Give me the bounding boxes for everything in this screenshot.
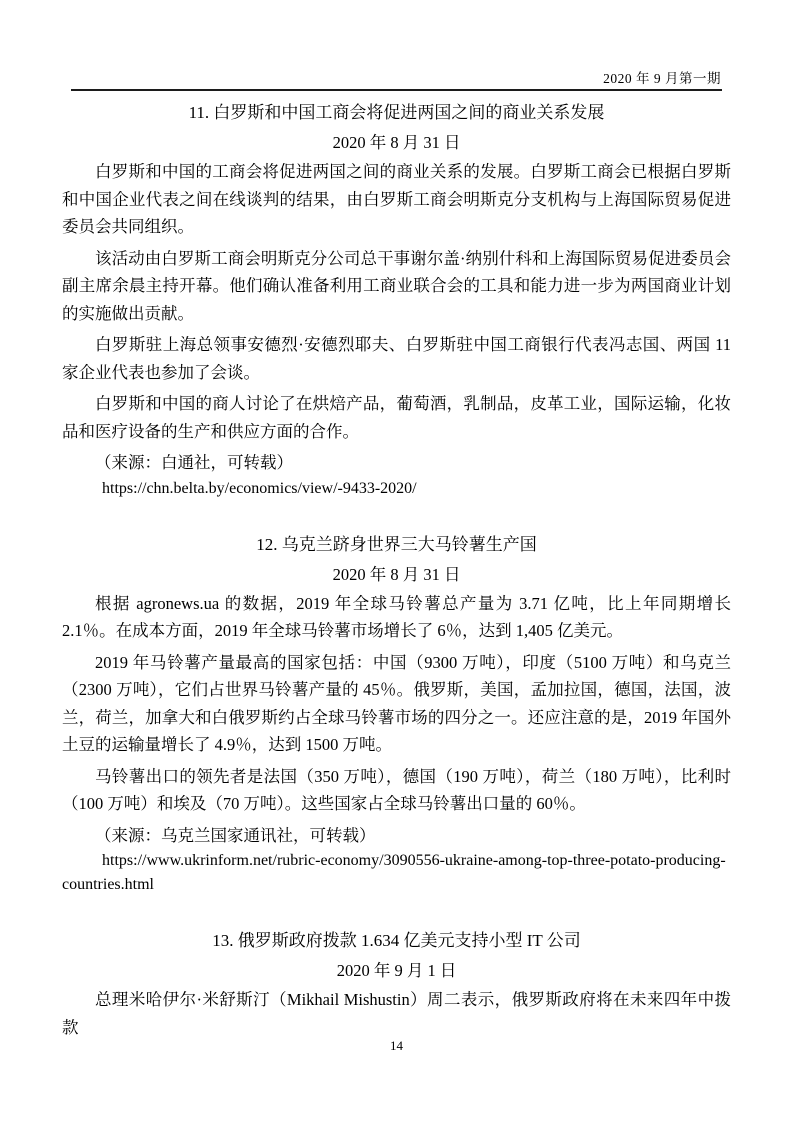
source-line: （来源：乌克兰国家通讯社，可转载）	[62, 822, 731, 850]
article-title: 12. 乌克兰跻身世界三大马铃薯生产国	[62, 535, 731, 555]
article-url[interactable]: https://chn.belta.by/economics/view/-943…	[62, 477, 731, 501]
article-title: 13. 俄罗斯政府拨款 1.634 亿美元支持小型 IT 公司	[62, 931, 731, 951]
paragraph: 总理米哈伊尔·米舒斯汀（Mikhail Mishustin）周二表示，俄罗斯政府…	[62, 986, 731, 1041]
paragraph: 2019 年马铃薯产量最高的国家包括：中国（9300 万吨），印度（5100 万…	[62, 649, 731, 759]
issue-label: 2020 年 9 月第一期	[603, 71, 721, 86]
article-url[interactable]: https://www.ukrinform.net/rubric-economy…	[62, 849, 731, 897]
paragraph: 白罗斯和中国的工商会将促进两国之间的商业关系的发展。白罗斯工商会已根据白罗斯和中…	[62, 158, 731, 241]
page-content: 2020 年 9 月第一期 11. 白罗斯和中国工商会将促进两国之间的商业关系发…	[0, 0, 793, 1041]
paragraph: 马铃薯出口的领先者是法国（350 万吨），德国（190 万吨），荷兰（180 万…	[62, 763, 731, 818]
source-line: （来源：白通社，可转载）	[62, 449, 731, 477]
page-number: 14	[0, 1039, 793, 1053]
page-header: 2020 年 9 月第一期	[62, 71, 731, 86]
document-page: 2020 年 9 月第一期 11. 白罗斯和中国工商会将促进两国之间的商业关系发…	[0, 0, 793, 1122]
header-rule	[71, 89, 722, 91]
article-11: 11. 白罗斯和中国工商会将促进两国之间的商业关系发展 2020 年 8 月 3…	[62, 103, 731, 501]
paragraph: 该活动由白罗斯工商会明斯克分公司总干事谢尔盖·纳别什科和上海国际贸易促进委员会副…	[62, 245, 731, 328]
article-12: 12. 乌克兰跻身世界三大马铃薯生产国 2020 年 8 月 31 日 根据 a…	[62, 535, 731, 898]
paragraph: 白罗斯和中国的商人讨论了在烘焙产品，葡萄酒，乳制品，皮革工业，国际运输，化妆品和…	[62, 390, 731, 445]
article-date: 2020 年 9 月 1 日	[62, 961, 731, 981]
paragraph: 根据 agronews.ua 的数据，2019 年全球马铃薯总产量为 3.71 …	[62, 590, 731, 645]
article-date: 2020 年 8 月 31 日	[62, 565, 731, 585]
article-date: 2020 年 8 月 31 日	[62, 133, 731, 153]
article-title: 11. 白罗斯和中国工商会将促进两国之间的商业关系发展	[62, 103, 731, 123]
paragraph: 白罗斯驻上海总领事安德烈·安德烈耶夫、白罗斯驻中国工商银行代表冯志国、两国 11…	[62, 331, 731, 386]
article-13: 13. 俄罗斯政府拨款 1.634 亿美元支持小型 IT 公司 2020 年 9…	[62, 931, 731, 1041]
